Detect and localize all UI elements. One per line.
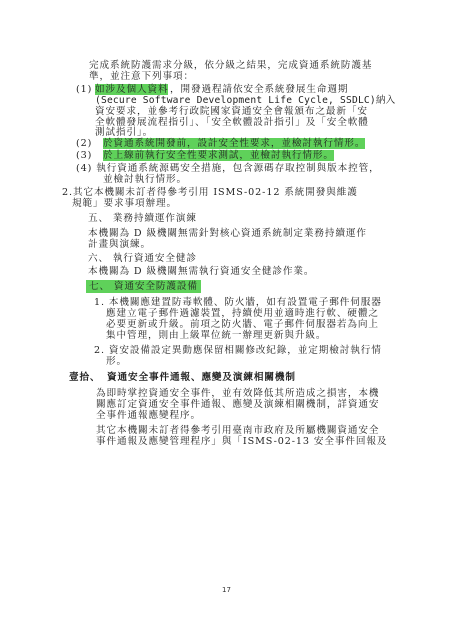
paragraph-line: 並檢討執行情形。 bbox=[103, 174, 187, 185]
paragraph-line: 2.其它本機關未訂者得參考引用 ISMS-02-12 系統開發與維護 bbox=[62, 187, 358, 198]
chapter-number: 壹拾、 bbox=[69, 372, 100, 383]
paragraph-line: 測試指引」。 bbox=[95, 127, 153, 138]
list-marker: (3) bbox=[76, 150, 92, 161]
paragraph-line: 應建立電子郵件過濾裝置，持續使用並適時進行軟、硬體之 bbox=[106, 308, 379, 319]
highlighted-text: 如涉及個人資料 bbox=[95, 84, 168, 95]
paragraph-line: ，開發過程請依安全系統發展生命週期 bbox=[170, 84, 348, 95]
paragraph-line: 全事件通報應變程序。 bbox=[96, 410, 201, 421]
list-marker: (2) bbox=[76, 138, 92, 149]
paragraph-line: 集中管理，則由上級單位統一辦理更新與升級。 bbox=[106, 330, 326, 341]
paragraph-line: 準，並注意下列事項： bbox=[89, 71, 194, 82]
paragraph-line: 本機關為 D 級機關無需執行資通安全健診作業。 bbox=[88, 266, 314, 277]
paragraph-line: 事件通報及應變管理程序」與「ISMS-02-13 安全事件回報及 bbox=[96, 436, 387, 447]
chapter-heading: 資通安全事件通報、應變及演練相關機制 bbox=[107, 372, 296, 383]
list-marker: (1) bbox=[76, 84, 92, 95]
paragraph-line: (Secure Software Development Life Cycle,… bbox=[95, 95, 395, 106]
paragraph-line: 1. 本機關應建置防毒軟體、防火牆，如有設置電子郵件伺服器 bbox=[94, 297, 382, 308]
paragraph-line: 形。 bbox=[106, 356, 127, 367]
section-heading: 五、 業務持續運作演練 bbox=[88, 213, 197, 224]
paragraph-line: 計畫與演練。 bbox=[88, 239, 151, 250]
paragraph-line: (4) 執行資通系統源碼安全措施，包含源碼存取控制與版本控管， bbox=[76, 163, 380, 174]
paragraph-line: 必要更新或升級。前項之防火牆、電子郵件伺服器若為向上 bbox=[106, 319, 379, 330]
paragraph-line: 其它本機關未訂者得參考引用臺南市政府及所屬機關資通安全 bbox=[96, 425, 379, 436]
section-heading: 六、 執行資通安全健診 bbox=[88, 253, 197, 264]
paragraph-line: 資安要求，並參考行政院國家資通安全會報頒布之最新「安 bbox=[95, 106, 368, 117]
paragraph-line: 2. 資安設備設定異動應保留相關修改紀錄，並定期檢討執行情 bbox=[94, 345, 382, 356]
paragraph-line: 關應訂定資通安全事件通報、應變及演練相關機制，詳資通安 bbox=[96, 399, 379, 410]
paragraph-line: 完成系統防護需求分級，依分級之結果，完成資通系統防護基 bbox=[89, 60, 372, 71]
highlighted-text: 於上線前執行安全性要求測試，並檢討執行情形。 bbox=[103, 150, 334, 161]
paragraph-line: 為即時掌控資通安全事件，並有效降低其所造成之損害，本機 bbox=[96, 388, 379, 399]
paragraph-line: 規範」要求事項辦理。 bbox=[72, 198, 177, 209]
paragraph-line: 本機關為 D 級機關無需針對核心資通系統制定業務持續運作 bbox=[88, 228, 367, 239]
page-number: 17 bbox=[222, 586, 231, 594]
highlighted-text: 於資通系統開發前，設計安全性要求，並檢討執行情形。 bbox=[103, 138, 365, 149]
section-heading-highlighted: 七、 資通安全防護設備 bbox=[86, 280, 201, 293]
